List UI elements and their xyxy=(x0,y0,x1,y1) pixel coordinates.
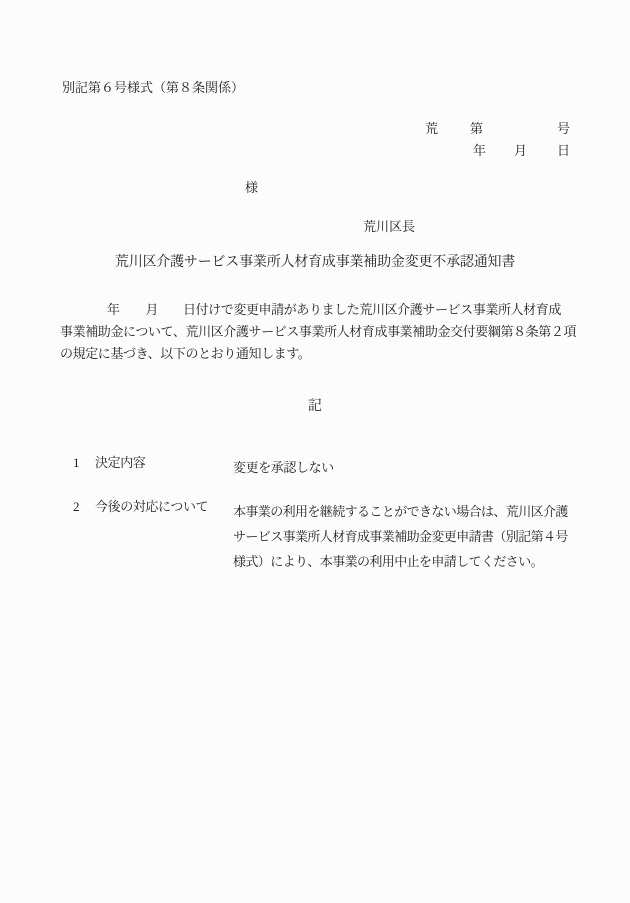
item-1-number: 1 xyxy=(73,455,80,471)
item-1-description-line: 変更を承認しない xyxy=(233,455,334,480)
document-page: 別記第６号様式（第８条関係） 荒 第 号 年 月 日 様 荒川区長 荒川区介護サ… xyxy=(0,0,630,903)
date-day-label: 日 xyxy=(557,143,570,159)
body-line-1-text: 日付けで変更申請がありました荒川区介護サービス事業所人材育成 xyxy=(183,299,561,321)
body-date-month-label: 月 xyxy=(145,299,158,321)
item-2-description: 本事業の利用を継続することができない場合は、荒川区介護 サービス事業所人材育成事… xyxy=(233,499,568,574)
doc-number-prefix: 第 xyxy=(470,121,483,137)
document-title: 荒川区介護サービス事業所人材育成事業補助金変更不承認通知書 xyxy=(0,255,630,272)
item-2-number: 2 xyxy=(73,499,80,515)
body-line-2: 事業補助金について、荒川区介護サービス事業所人材育成事業補助金交付要綱第８条第２… xyxy=(60,321,566,343)
body-paragraph: 年 月 日付けで変更申請がありました荒川区介護サービス事業所人材育成 事業補助金… xyxy=(60,299,566,365)
item-2-term: 今後の対応について xyxy=(95,499,208,515)
sender-title: 荒川区長 xyxy=(363,219,415,235)
item-2-description-line: 様式）により、本事業の利用中止を申請してください。 xyxy=(233,549,568,574)
section-marker-ki: 記 xyxy=(0,399,630,416)
doc-number-agency: 荒 xyxy=(425,121,438,137)
item-2-description-line: 本事業の利用を継続することができない場合は、荒川区介護 xyxy=(233,499,568,524)
form-number-label: 別記第６号様式（第８条関係） xyxy=(62,80,244,96)
item-2-description-line: サービス事業所人材育成事業補助金変更申請書（別記第４号 xyxy=(233,524,568,549)
item-1-term: 決定内容 xyxy=(95,455,145,471)
body-date-year-label: 年 xyxy=(107,299,120,321)
date-year-label: 年 xyxy=(473,143,486,159)
addressee-honorific: 様 xyxy=(245,180,258,196)
body-line-3: の規定に基づき、以下のとおり通知します。 xyxy=(60,343,566,365)
body-line-1: 年 月 日付けで変更申請がありました荒川区介護サービス事業所人材育成 xyxy=(60,299,566,321)
doc-number-counter: 号 xyxy=(557,121,570,137)
item-1-description: 変更を承認しない xyxy=(233,455,334,480)
date-month-label: 月 xyxy=(514,143,527,159)
